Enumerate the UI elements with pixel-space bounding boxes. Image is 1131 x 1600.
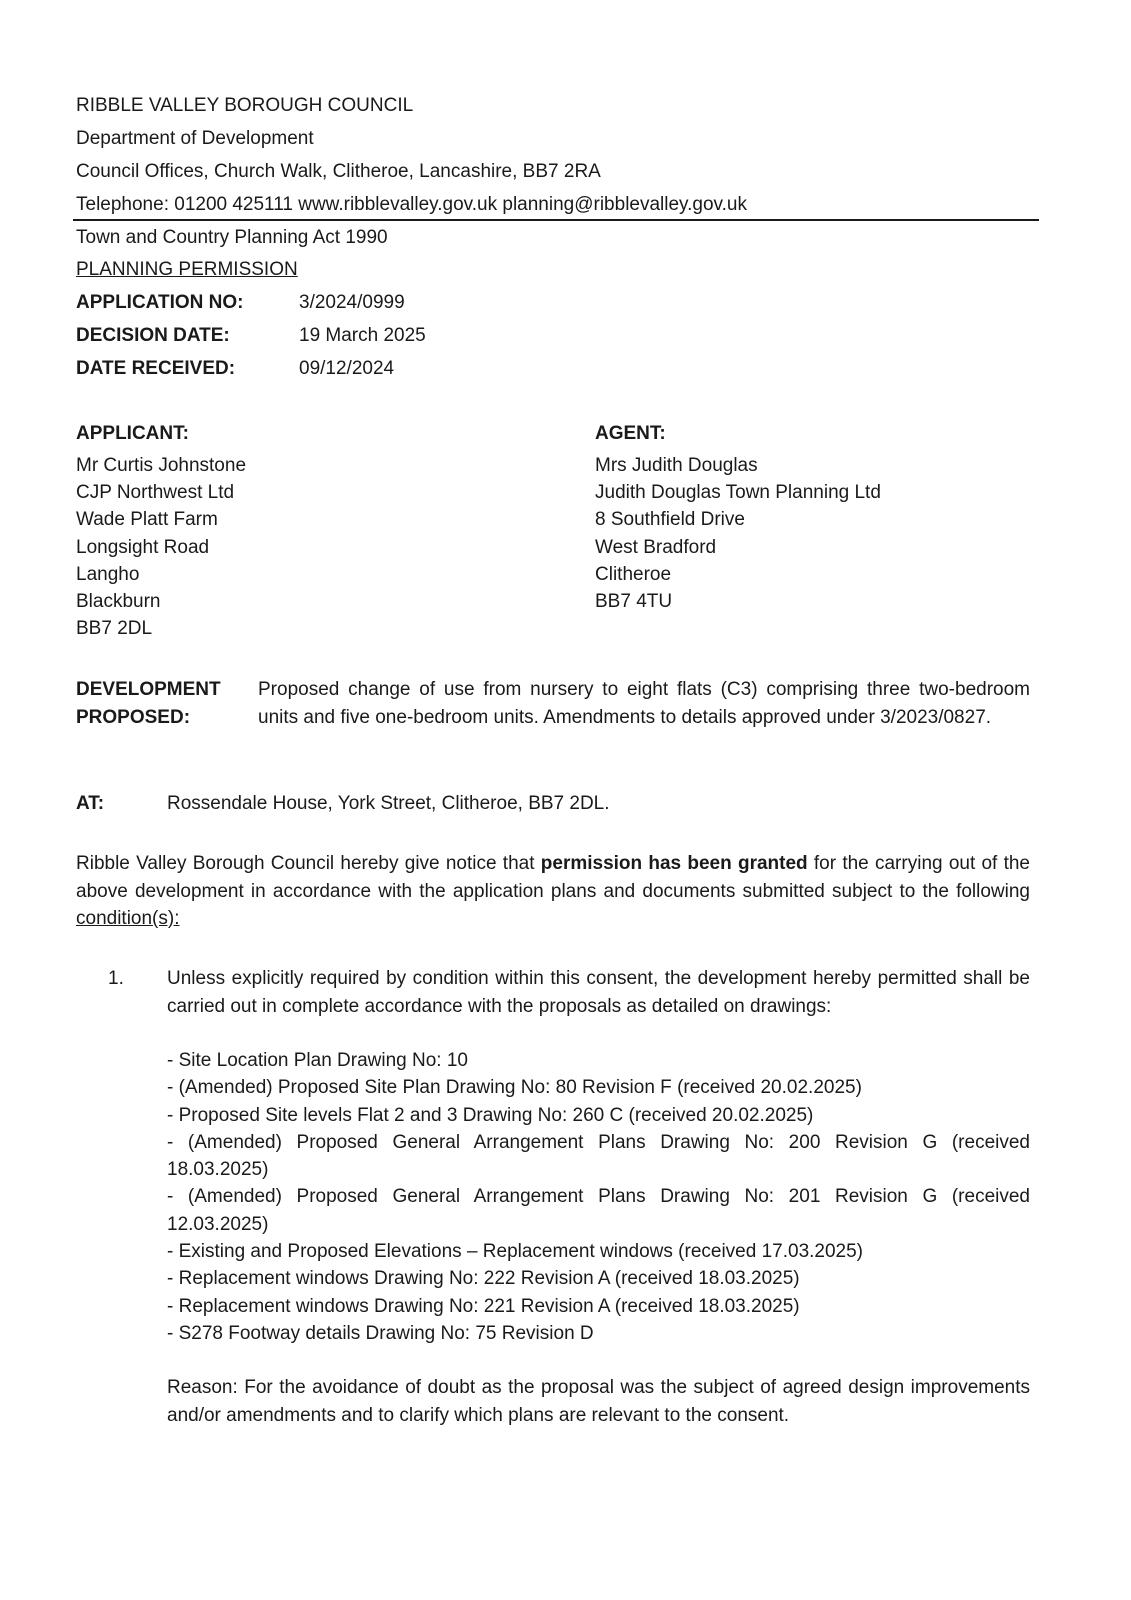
applicant-line: Langho [76,561,246,588]
department-name: Department of Development [76,122,314,155]
agent-line: BB7 4TU [595,588,881,615]
notice-granted-emphasis: permission has been granted [541,853,808,874]
drawing-item: - Site Location Plan Drawing No: 10 [167,1047,1030,1074]
drawing-item: - (Amended) Proposed Site Plan Drawing N… [167,1074,1030,1101]
applicant-line: CJP Northwest Ltd [76,479,246,506]
permission-notice: Ribble Valley Borough Council hereby giv… [76,850,1030,933]
agent-line: Clitheroe [595,561,881,588]
condition-text: Unless explicitly required by condition … [167,965,1030,1020]
applicant-line: Longsight Road [76,534,246,561]
applicant-label: APPLICANT: [76,420,246,448]
applicant-line: Wade Platt Farm [76,506,246,533]
agent-block: AGENT: Mrs Judith Douglas Judith Douglas… [595,420,881,615]
council-name: RIBBLE VALLEY BOROUGH COUNCIL [76,89,413,122]
drawing-item: - Replacement windows Drawing No: 221 Re… [167,1293,1030,1320]
development-label: DEVELOPMENT PROPOSED: [76,676,221,731]
development-label-line2: PROPOSED: [76,704,221,732]
applicant-line: Mr Curtis Johnstone [76,452,246,479]
drawings-list: - Site Location Plan Drawing No: 10 - (A… [167,1047,1030,1347]
drawing-item: - (Amended) Proposed General Arrangement… [167,1129,1030,1184]
agent-line: 8 Southfield Drive [595,506,881,533]
council-address: Council Offices, Church Walk, Clitheroe,… [76,155,601,188]
applicant-line: BB7 2DL [76,615,246,642]
act-title: Town and Country Planning Act 1990 [76,221,388,254]
development-label-line1: DEVELOPMENT [76,676,221,704]
condition-number: 1. [108,965,124,993]
conditions-heading: condition(s): [76,908,180,929]
applicant-block: APPLICANT: Mr Curtis Johnstone CJP North… [76,420,246,642]
location-label: AT: [76,790,104,818]
drawing-item: - Replacement windows Drawing No: 222 Re… [167,1265,1030,1292]
date-received-label: DATE RECEIVED: [76,352,235,385]
condition-reason: Reason: For the avoidance of doubt as th… [167,1374,1030,1429]
agent-line: Mrs Judith Douglas [595,452,881,479]
application-no-label: APPLICATION NO: [76,286,243,319]
drawing-item: - Proposed Site levels Flat 2 and 3 Draw… [167,1102,1030,1129]
decision-date-label: DECISION DATE: [76,319,230,352]
notice-text: Ribble Valley Borough Council hereby giv… [76,853,541,874]
drawing-item: - S278 Footway details Drawing No: 75 Re… [167,1320,1030,1347]
permission-title: PLANNING PERMISSION [76,253,298,286]
agent-label: AGENT: [595,420,881,448]
drawing-item: - Existing and Proposed Elevations – Rep… [167,1238,1030,1265]
applicant-line: Blackburn [76,588,246,615]
date-received-value: 09/12/2024 [299,352,394,385]
agent-line: West Bradford [595,534,881,561]
decision-date-value: 19 March 2025 [299,319,426,352]
development-description: Proposed change of use from nursery to e… [258,676,1030,731]
drawing-item: - (Amended) Proposed General Arrangement… [167,1183,1030,1238]
contact-details: Telephone: 01200 425111 www.ribblevalley… [76,188,747,221]
application-no-value: 3/2024/0999 [299,286,405,319]
location-address: Rossendale House, York Street, Clitheroe… [167,790,610,818]
agent-line: Judith Douglas Town Planning Ltd [595,479,881,506]
